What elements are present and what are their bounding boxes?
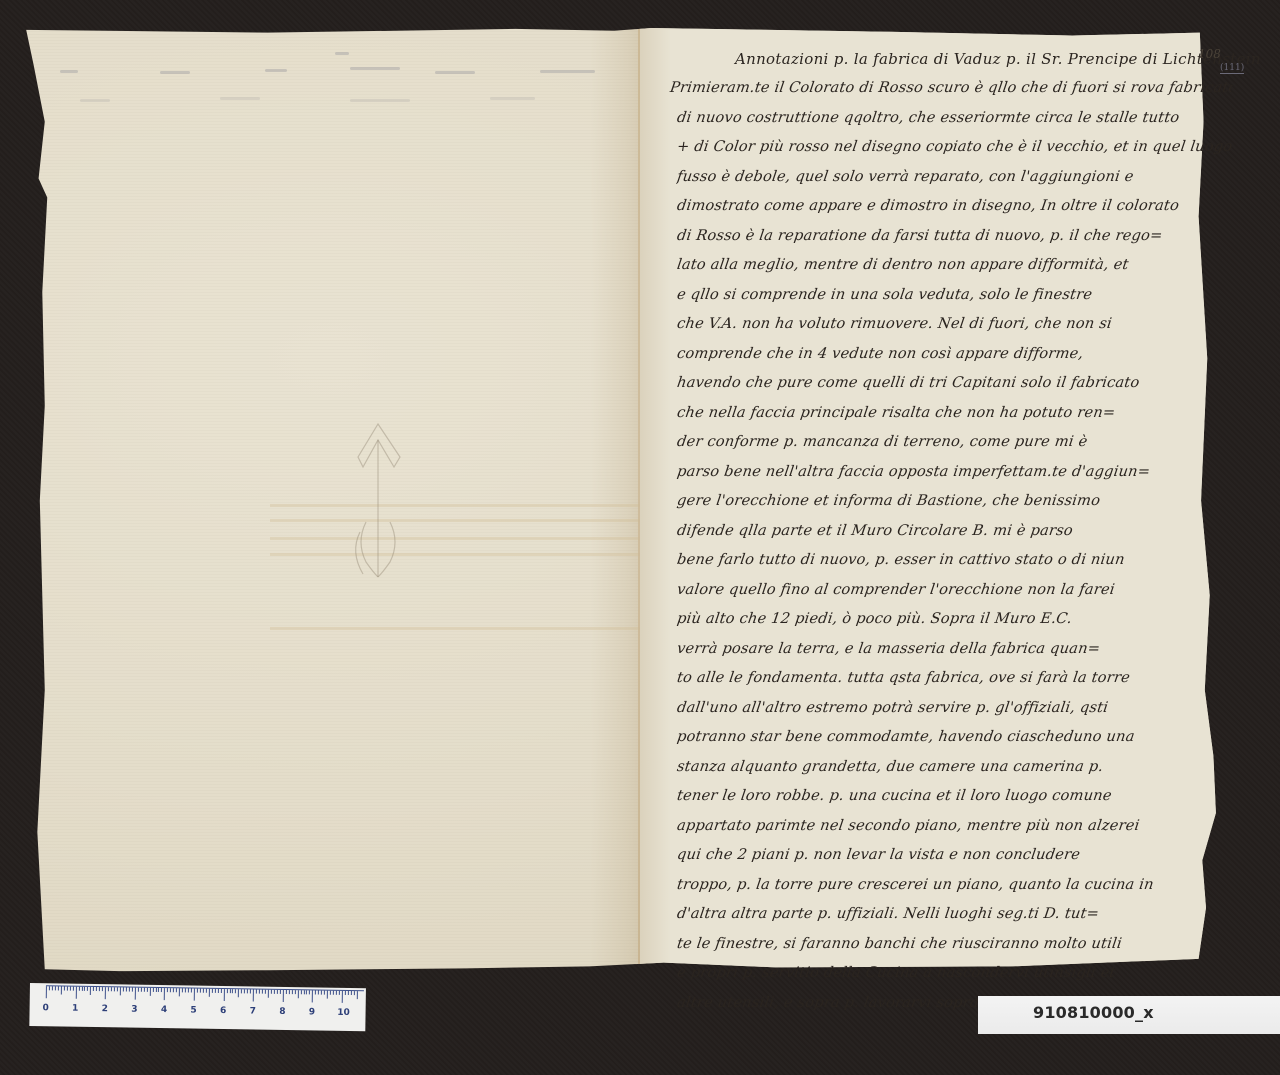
- ruler-tick: [75, 987, 76, 999]
- manuscript-line: verrà posare la terra, e la masseria del…: [675, 634, 1234, 664]
- ruler-tick: [259, 990, 260, 994]
- ruler-tick: [235, 989, 236, 993]
- manuscript-line: più alto che 12 piedi, ò poco più. Sopra…: [675, 604, 1234, 634]
- manuscript-line: parso bene nell'altra faccia opposta imp…: [675, 457, 1234, 487]
- ruler-tick: [223, 989, 224, 1001]
- ruler-tick: [283, 990, 284, 1002]
- manuscript-line: tener le loro robbe. p. una cucina et il…: [675, 781, 1234, 811]
- ruler-tick: [274, 990, 275, 994]
- bleed-through-mark: [335, 52, 349, 55]
- ruler-tick: [351, 991, 352, 995]
- ruler-label: 3: [131, 1005, 137, 1015]
- ruler-tick: [297, 990, 298, 998]
- ruler-tick: [357, 991, 358, 999]
- ruler-tick: [289, 990, 290, 994]
- ruler-tick: [176, 988, 177, 992]
- ruler-tick: [138, 988, 139, 992]
- ruler-tick: [345, 991, 346, 995]
- manuscript-line: appartato parimte nel secondo piano, men…: [675, 811, 1234, 841]
- manuscript-line: e propri p. servitio della Cucina a nasc…: [675, 958, 1234, 988]
- ruler-tick: [309, 990, 310, 994]
- catalog-id: 910810000_x: [1033, 1003, 1154, 1022]
- ruler-tick: [271, 990, 272, 994]
- ruler-tick: [318, 991, 319, 995]
- ruler-tick: [321, 991, 322, 995]
- ruler-tick: [120, 987, 121, 995]
- ruler-tick: [158, 988, 159, 992]
- manuscript-heading: Annotazioni p. la fabrica di Vaduz p. il…: [735, 45, 1230, 73]
- ruler-tick: [336, 991, 337, 995]
- ruler-tick: [327, 991, 328, 999]
- ruler-tick: [280, 990, 281, 994]
- chain-line: [270, 627, 640, 630]
- ruler-tick: [73, 987, 74, 991]
- bleed-through-mark: [265, 69, 287, 72]
- chain-line: [270, 519, 640, 522]
- ruler-tick: [244, 989, 245, 993]
- ruler-tick: [90, 987, 91, 995]
- ruler-tick: [226, 989, 227, 993]
- ruler-tick: [256, 990, 257, 994]
- ruler-tick: [149, 988, 150, 996]
- ruler-ticks: [46, 985, 364, 1005]
- ruler-tick: [99, 987, 100, 991]
- ruler-tick: [315, 990, 316, 994]
- ruler-tick: [250, 989, 251, 993]
- ruler-tick: [191, 989, 192, 993]
- bleed-through-mark: [160, 71, 190, 74]
- chain-line: [270, 537, 640, 540]
- manuscript-line: havendo che pure come quelli di tri Capi…: [675, 368, 1234, 398]
- ruler-tick: [232, 989, 233, 993]
- ruler-tick: [87, 987, 88, 991]
- ruler-tick: [265, 990, 266, 994]
- ruler-tick: [277, 990, 278, 994]
- scale-ruler: 0 1 2 3 4 5 6 7 8 9 10: [29, 983, 366, 1031]
- manuscript-line: te le finestre, si faranno banchi che ri…: [675, 929, 1234, 959]
- ruler-tick: [303, 990, 304, 994]
- ruler-tick: [215, 989, 216, 993]
- ruler-tick: [81, 987, 82, 991]
- ruler-tick: [132, 988, 133, 992]
- ruler-tick: [52, 986, 53, 990]
- ruler-tick: [70, 987, 71, 991]
- manuscript-line: di Rosso è la reparatione da farsi tutta…: [675, 221, 1234, 251]
- ruler-label: 2: [102, 1004, 108, 1014]
- ruler-tick: [241, 989, 242, 993]
- bleed-through-mark: [435, 71, 475, 74]
- chain-line: [270, 553, 640, 556]
- ruler-label: 6: [220, 1006, 226, 1016]
- ruler-tick: [67, 987, 68, 991]
- ruler-tick: [179, 988, 180, 996]
- manuscript-line: potranno star bene commodamte, havendo c…: [675, 722, 1234, 752]
- ruler-tick: [129, 988, 130, 992]
- ruler-label: 7: [250, 1006, 256, 1016]
- left-page: [20, 27, 640, 974]
- bleed-through-mark: [80, 99, 110, 102]
- ruler-tick: [152, 988, 153, 992]
- ruler-tick: [354, 991, 355, 995]
- manuscript-text: 108 (111) Annotazioni p. la fabrica di V…: [650, 45, 1230, 1017]
- ruler-tick: [55, 986, 56, 990]
- chain-line: [270, 504, 640, 507]
- ruler-tick: [330, 991, 331, 995]
- ruler-tick: [102, 987, 103, 991]
- manuscript-line: troppo, p. la torre pure crescerei un pi…: [675, 870, 1234, 900]
- ruler-tick: [203, 989, 204, 993]
- ruler-tick: [342, 991, 343, 1003]
- ruler-tick: [209, 989, 210, 997]
- ruler-tick: [61, 986, 62, 994]
- manuscript-line: to alle le fondamenta. tutta qsta fabric…: [675, 663, 1234, 693]
- manuscript-line: dall'uno all'altro estremo potrà servire…: [675, 693, 1234, 723]
- ruler-tick: [238, 989, 239, 997]
- manuscript-line: der conforme p. mancanza di terreno, com…: [675, 427, 1234, 457]
- ruler-tick: [117, 987, 118, 991]
- ruler-tick: [292, 990, 293, 994]
- catalog-label: 910810000_x: [978, 996, 1280, 1034]
- manuscript-line: comprende che in 4 vedute non così appar…: [675, 339, 1234, 369]
- manuscript-line: gere l'orecchione et informa di Bastione…: [675, 486, 1234, 516]
- folio-number: 108: [1198, 47, 1221, 61]
- ruler-label: 9: [309, 1007, 315, 1017]
- ruler-tick: [247, 989, 248, 993]
- manuscript-line: lato alla meglio, mentre di dentro non a…: [675, 250, 1234, 280]
- ruler-tick: [58, 986, 59, 990]
- manuscript-line: d'altra altra parte p. uffiziali. Nelli …: [675, 899, 1234, 929]
- ruler-label: 1: [72, 1004, 78, 1014]
- ruler-tick: [229, 989, 230, 993]
- ruler-tick: [268, 990, 269, 998]
- ruler-tick: [108, 987, 109, 991]
- ruler-label: 4: [161, 1005, 167, 1015]
- ruler-tick: [286, 990, 287, 994]
- ruler-tick: [188, 988, 189, 992]
- ruler-tick: [144, 988, 145, 992]
- ruler-tick: [46, 986, 47, 998]
- ruler-tick: [333, 991, 334, 995]
- ruler-tick: [49, 986, 50, 990]
- ruler-tick: [64, 987, 65, 991]
- ruler-label: 5: [190, 1006, 196, 1016]
- manuscript-line: dimostrato come appare e dimostro in dis…: [675, 191, 1234, 221]
- ruler-tick: [306, 990, 307, 994]
- ruler-label: 10: [337, 1008, 350, 1018]
- ruler-tick: [111, 987, 112, 991]
- ruler-label: 8: [279, 1007, 285, 1017]
- scan-background: 108 (111) Annotazioni p. la fabrica di V…: [0, 0, 1280, 1075]
- ruler-tick: [220, 989, 221, 993]
- bleed-through-mark: [350, 67, 400, 70]
- ruler-tick: [161, 988, 162, 992]
- ruler-tick: [96, 987, 97, 991]
- manuscript-line: valore quello fino al comprender l'orecc…: [675, 575, 1234, 605]
- ruler-tick: [123, 987, 124, 991]
- ruler-tick: [300, 990, 301, 994]
- ruler-tick: [262, 990, 263, 994]
- ruler-tick: [167, 988, 168, 992]
- ruler-tick: [253, 990, 254, 1002]
- bleed-through-mark: [60, 70, 78, 73]
- ruler-tick: [182, 988, 183, 992]
- bleed-through-mark: [540, 70, 595, 73]
- manuscript-line: di nuovo costruttione qqoltro, che esser…: [675, 103, 1234, 133]
- ruler-tick: [173, 988, 174, 992]
- ruler-tick: [93, 987, 94, 991]
- manuscript-line: che V.A. non ha voluto rimuovere. Nel di…: [675, 309, 1234, 339]
- manuscript-line: fusso è debole, quel solo verrà reparato…: [675, 162, 1234, 192]
- manuscript-line: bene farlo tutto di nuovo, p. esser in c…: [675, 545, 1234, 575]
- ruler-label: 0: [42, 1003, 48, 1013]
- ruler-tick: [197, 989, 198, 993]
- ruler-tick: [105, 987, 106, 999]
- manuscript-line: difende qlla parte et il Muro Circolare …: [675, 516, 1234, 546]
- manuscript-line: stanza alquanto grandetta, due camere un…: [675, 752, 1234, 782]
- ruler-tick: [200, 989, 201, 993]
- ruler-tick: [126, 988, 127, 992]
- ruler-tick: [206, 989, 207, 993]
- bleed-through-mark: [490, 97, 535, 100]
- ruler-tick: [339, 991, 340, 995]
- ruler-tick: [294, 990, 295, 994]
- ruler-tick: [141, 988, 142, 992]
- manuscript-line: + di Color più rosso nel disegno copiato…: [675, 132, 1234, 162]
- ruler-tick: [185, 988, 186, 992]
- manuscript-line: e qllo si comprende in una sola veduta, …: [675, 280, 1234, 310]
- ruler-tick: [84, 987, 85, 991]
- bleed-through-mark: [220, 97, 260, 100]
- ruler-tick: [170, 988, 171, 992]
- ruler-tick: [348, 991, 349, 995]
- ruler-tick: [164, 988, 165, 1000]
- manuscript-line: che nella faccia principale risalta che …: [675, 398, 1234, 428]
- ruler-tick: [155, 988, 156, 992]
- ruler-tick: [135, 988, 136, 1000]
- manuscript-line: qui che 2 piani p. non levar la vista e …: [675, 840, 1234, 870]
- ruler-tick: [212, 989, 213, 993]
- ruler-tick: [194, 989, 195, 1001]
- ruler-tick: [114, 987, 115, 991]
- ruler-tick: [312, 990, 313, 1002]
- manuscript-line: Primieram.te il Colorato di Rosso scuro …: [668, 73, 1234, 103]
- ruler-tick: [147, 988, 148, 992]
- ruler-tick: [218, 989, 219, 993]
- watermark-icon: [338, 412, 418, 587]
- ruler-tick: [324, 991, 325, 995]
- ruler-tick: [78, 987, 79, 991]
- bleed-through-mark: [350, 99, 410, 102]
